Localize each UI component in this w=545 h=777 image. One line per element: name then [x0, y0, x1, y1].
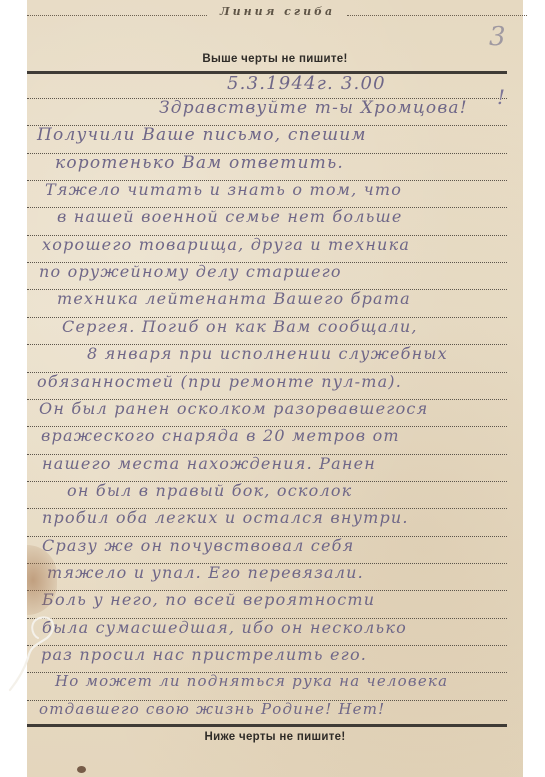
letter-line: тяжело и упал. Его перевязали. — [47, 563, 364, 582]
letter-line: Тяжело читать и знать о том, что — [45, 180, 402, 199]
fold-line-left — [27, 15, 207, 16]
fold-line-right — [347, 15, 527, 16]
letter-line: нашего места нахождения. Ранен — [42, 454, 376, 473]
letter-line: Сразу же он почувствовал себя — [42, 536, 354, 555]
letter-line: была сумасшедшая, ибо он несколько — [42, 618, 407, 637]
letter-line: техника лейтенанта Вашего брата — [57, 289, 411, 308]
letter-line: 5.3.1944г. 3.00 — [227, 73, 386, 94]
above-line-notice: Выше черты не пишите! — [27, 53, 523, 65]
letter-line: раз просил нас пристрелить его. — [41, 645, 367, 664]
letter-line: 8 января при исполнении служебных — [87, 344, 448, 363]
letter-line: вражеского снаряда в 20 метров от — [41, 426, 400, 445]
letter-line: пробил оба легких и остался внутри. — [42, 508, 409, 527]
letter-line: он был в правый бок, осколок — [67, 481, 352, 500]
ink-spot — [77, 766, 86, 773]
letter-line: Но может ли подняться рука на человека — [55, 672, 448, 690]
letter-sheet: Линия сгиба 3 Выше черты не пишите! 5.3.… — [27, 0, 523, 777]
below-line-notice: Ниже черты не пишите! — [27, 731, 523, 743]
letter-line: Он был ранен осколком разорвавшегося — [39, 399, 428, 418]
page-number: 3 — [489, 22, 506, 52]
margin-mark-exclamation: ! — [497, 85, 505, 109]
letter-line: Получили Ваше письмо, спешим — [37, 125, 367, 145]
letter-line: обязанностей (при ремонте пул-та). — [37, 372, 402, 391]
letter-line: Здравствуйте т-ы Хромцова! — [159, 98, 468, 118]
thread-icon — [0, 612, 60, 692]
letter-line: коротенько Вам ответить. — [55, 153, 344, 173]
letter-line: отдавшего свою жизнь Родине! Нет! — [39, 700, 385, 718]
letter-line: Боль у него, по всей вероятности — [42, 590, 375, 609]
fold-line-label: Линия сгиба — [210, 5, 345, 18]
letter-line: Сергея. Погиб он как Вам сообщали, — [62, 317, 418, 336]
letter-line: хорошего товарища, друга и техника — [42, 235, 410, 254]
letter-line: по оружейному делу старшего — [39, 262, 342, 281]
bottom-rule — [27, 724, 507, 727]
letter-line: в нашей военной семье нет больше — [57, 207, 403, 226]
